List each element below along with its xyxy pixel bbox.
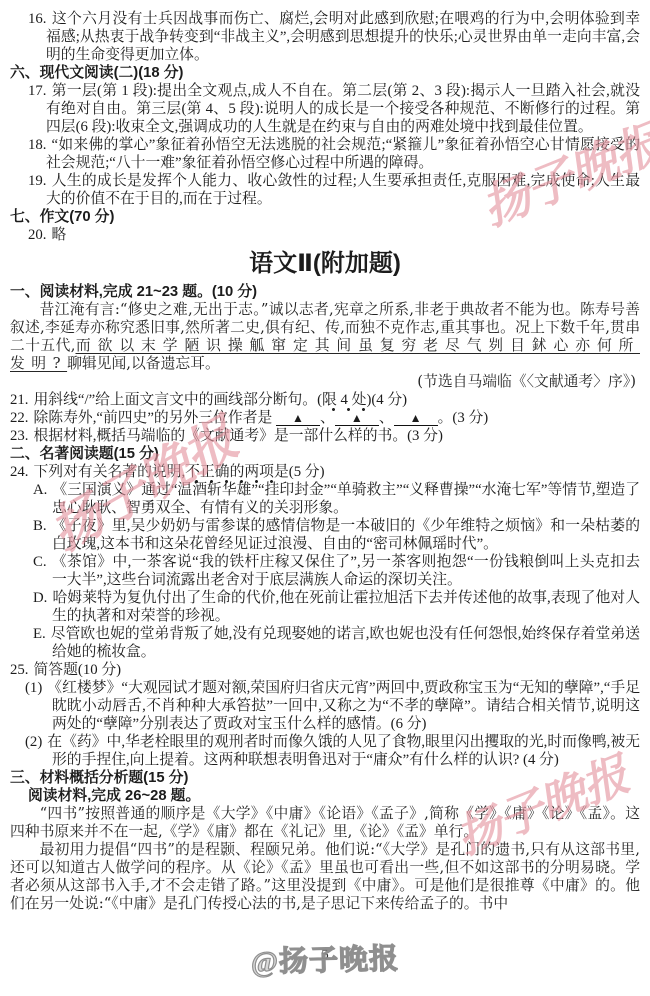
sub-label: (1) xyxy=(25,680,42,696)
option-label: A. xyxy=(33,482,47,498)
option-c: C.《茶馆》中,一茶客说“我的铁杆庄稼又保住了”,另一茶客则抱怨“一份钱粮倒叫上… xyxy=(10,553,640,589)
question-25-sub2: (2)在《药》中,华老栓眼里的观刑者时而像久饿的人见了食物,眼里闪出攫取的光,时… xyxy=(10,733,640,769)
passage-plain-end: 聊辑见闻,以备遗忘耳。 xyxy=(67,355,220,372)
item-number: 18. xyxy=(28,137,47,153)
section-heading-2: 二、名著阅读题(15 分) xyxy=(10,445,640,463)
question-23: 23.根据材料,概括马端临的《文献通考》是一部什么样的书。(3 分) xyxy=(13,427,640,445)
question-text-end: )(4 分) xyxy=(366,392,407,408)
material-paragraph-2: 最初用力提倡“四书”的是程颢、程颐兄弟。他们说:“《大学》是孔门的遗书,只有从这… xyxy=(10,841,640,913)
exam-paper-page: 16.这个六月没有士兵因战事而伤亡、腐烂,会明对此感到欣慰;在喂鸡的行为中,会明… xyxy=(0,0,650,996)
option-text: 《子夜》里,吴少奶奶与雷参谋的感情信物是一本破旧的《少年维特之烦恼》和一朵枯萎的… xyxy=(52,518,640,552)
option-label: C. xyxy=(33,554,47,570)
material-paragraph-1: “四书”按照普通的顺序是《大学》《中庸》《论语》《孟子》,简称《学》《庸》《论》… xyxy=(10,805,640,841)
answer-item-17: 17.第一层(第 1 段):提出全文观点,成人不自在。第二层(第 2、3 段):… xyxy=(10,82,640,136)
question-number: 22. xyxy=(10,410,29,426)
blank-triangle-icon: ▲ xyxy=(410,411,422,425)
item-text: 第一层(第 1 段):提出全文观点,成人不自在。第二层(第 2、3 段):揭示人… xyxy=(46,83,640,135)
question-number: 23. xyxy=(10,428,29,444)
option-d: D.哈姆莱特为复仇付出了生命的代价,他在死前让霍拉旭活下去并传述他的故事,表现了… xyxy=(10,589,640,625)
question-number: 25. xyxy=(10,662,29,678)
option-label: D. xyxy=(33,590,47,606)
section-heading-1: 一、阅读材料,完成 21~23 题。(10 分) xyxy=(10,283,640,301)
blank-triangle-icon: ▲ xyxy=(351,411,363,425)
option-b: B.《子夜》里,吴少奶奶与雷参谋的感情信物是一本破旧的《少年维特之烦恼》和一朵枯… xyxy=(10,517,640,553)
section-heading-7: 七、作文(70 分) xyxy=(10,208,640,226)
question-text: 用斜线“/”给上面文言文中的画线部分断句。( xyxy=(34,392,323,408)
answer-blank: ▲ xyxy=(276,412,320,426)
answer-item-19: 19.人生的成长是发挥个人能力、收心敛性的过程;人生要承担责任,克服困难,完成使… xyxy=(10,172,640,208)
answer-blank: ▲ xyxy=(335,412,379,426)
question-text: 根据材料,概括马端临的《文献通考》是一部什么样的书。(3 分) xyxy=(34,428,443,444)
classical-passage: 昔江淹有言:“修史之难,无出于志。”诚以志者,宪章之所系,非老于典故者不能为也。… xyxy=(10,301,640,373)
blank-triangle-icon: ▲ xyxy=(292,411,304,425)
option-text: 《茶馆》中,一茶客说“我的铁杆庄稼又保住了”,另一茶客则抱怨“一份钱粮倒叫上头克… xyxy=(52,554,640,588)
option-text: 《三国演义》通过“温酒斩华雄”“挂印封金”“单骑救主”“义释曹操”“水淹七军”等… xyxy=(52,482,640,516)
item-number: 19. xyxy=(28,173,47,189)
option-e: E.尽管欧也妮的堂弟背叛了她,没有兑现娶她的诺言,欧也妮也没有任何怨恨,始终保存… xyxy=(10,625,640,661)
item-text: 人生的成长是发挥个人能力、收心敛性的过程;人生要承担责任,克服困难,完成使命;人… xyxy=(46,173,640,207)
option-label: B. xyxy=(33,518,47,534)
item-number: 16. xyxy=(28,11,47,27)
paper-title: 语文Ⅱ(附加题) xyxy=(10,249,640,279)
item-text: 这个六月没有士兵因战事而伤亡、腐烂,会明对此感到欣慰;在喂鸡的行为中,会明体验到… xyxy=(46,11,640,63)
section-3-subheading: 阅读材料,完成 26~28 题。 xyxy=(28,787,640,805)
question-24: 24.下列对有关名著的说明,不正确的两项是(5 分) xyxy=(13,463,640,481)
item-text: “如来佛的掌心”象征着孙悟空无法逃脱的社会规范;“紧箍儿”象征着孙悟空心甘情愿接… xyxy=(46,137,640,171)
item-text: 略 xyxy=(52,227,67,243)
answer-item-16: 16.这个六月没有士兵因战事而伤亡、腐烂,会明对此感到欣慰;在喂鸡的行为中,会明… xyxy=(10,10,640,64)
sub-text: 《红楼梦》“大观园试才题对额,荣国府归省庆元宵”两回中,贾政称宝玉为“无知的孽障… xyxy=(47,680,640,732)
answer-blank: ▲ xyxy=(394,412,438,426)
blank-separator: 、 xyxy=(320,410,335,426)
question-25-sub1: (1)《红楼梦》“大观园试才题对额,荣国府归省庆元宵”两回中,贾政称宝玉为“无知… xyxy=(10,679,640,733)
question-number: 21. xyxy=(10,392,29,408)
question-text-end: 。(3 分) xyxy=(438,410,489,426)
sub-label: (2) xyxy=(25,734,42,750)
option-a: A.《三国演义》通过“温酒斩华雄”“挂印封金”“单骑救主”“义释曹操”“水淹七军… xyxy=(10,481,640,517)
blank-separator: 、 xyxy=(379,410,394,426)
question-25: 25.简答题(10 分) xyxy=(13,661,640,679)
passage-source: (节选自马端临《〈文献通考〉序》) xyxy=(10,373,640,391)
section-heading-6: 六、现代文阅读(二)(18 分) xyxy=(10,64,640,82)
answer-item-20: 20.略 xyxy=(10,226,640,244)
page-number: 5 xyxy=(0,946,650,964)
answer-item-18: 18.“如来佛的掌心”象征着孙悟空无法逃脱的社会规范;“紧箍儿”象征着孙悟空心甘… xyxy=(10,136,640,172)
question-22: 22.除陈寿外,“前四史”的另外三位作者是 ▲、▲、▲。(3 分) xyxy=(13,409,640,427)
question-text: 简答题(10 分) xyxy=(34,662,122,678)
question-text-end: 是(5 分) xyxy=(274,464,325,480)
option-label: E. xyxy=(33,626,46,642)
item-number: 17. xyxy=(28,83,47,99)
section-heading-3: 三、材料概括分析题(15 分) xyxy=(10,769,640,787)
sub-text: 在《药》中,华老栓眼里的观刑者时而像久饿的人见了食物,眼里闪出攫取的光,时而像鸭… xyxy=(47,734,640,768)
question-number: 24. xyxy=(10,464,29,480)
question-text: 下列对有关名著的说明, xyxy=(34,464,186,480)
option-text: 尽管欧也妮的堂弟背叛了她,没有兑现娶她的诺言,欧也妮也没有任何怨恨,始终保存着堂… xyxy=(51,626,640,660)
question-text: 除陈寿外,“前四史”的另外三位作者是 xyxy=(34,410,273,426)
question-21: 21.用斜线“/”给上面文言文中的画线部分断句。(限 4 处)(4 分) xyxy=(13,391,640,409)
option-text: 哈姆莱特为复仇付出了生命的代价,他在死前让霍拉旭活下去并传述他的故事,表现了他对… xyxy=(52,590,640,624)
item-number: 20. xyxy=(28,227,47,243)
